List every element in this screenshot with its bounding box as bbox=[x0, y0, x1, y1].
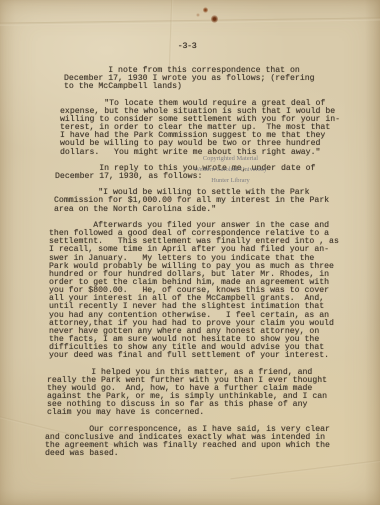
text-line: to the McCampbell lands) bbox=[64, 83, 380, 91]
paper-crease bbox=[0, 17, 380, 26]
document-body: I note from this correspondence that onD… bbox=[0, 67, 380, 467]
paragraph: I note from this correspondence that onD… bbox=[64, 67, 380, 91]
paragraph: "I would be willing to settle with the P… bbox=[54, 189, 380, 213]
text-line: your deed was final and full settlement … bbox=[49, 352, 380, 360]
paragraph: Our corresponcence, as I have said, is v… bbox=[45, 426, 380, 459]
paragraph: "To locate them would require a great de… bbox=[60, 100, 380, 157]
letter-page-scan: -3-3 I note from this correspondence tha… bbox=[0, 0, 380, 505]
page-number: -3-3 bbox=[0, 41, 374, 51]
rust-stain bbox=[211, 15, 218, 23]
text-line: deed was based. bbox=[45, 450, 380, 458]
paragraph: In reply to this you wrote me, under dat… bbox=[55, 165, 380, 181]
rust-stain bbox=[196, 13, 200, 17]
text-line: claim you may have is concerned. bbox=[47, 409, 380, 417]
rust-stain bbox=[203, 7, 208, 13]
text-line: dollars. You might write me about this r… bbox=[60, 149, 380, 157]
text-line: December 17, 1930, as follows: bbox=[55, 173, 380, 181]
text-line: area on the North Carolina side." bbox=[54, 206, 380, 214]
paper-crease bbox=[169, 0, 173, 70]
paragraph: I helped you in this matter, as a friend… bbox=[47, 369, 380, 418]
paragraph: Afterwards you filed your answer in the … bbox=[49, 222, 380, 361]
